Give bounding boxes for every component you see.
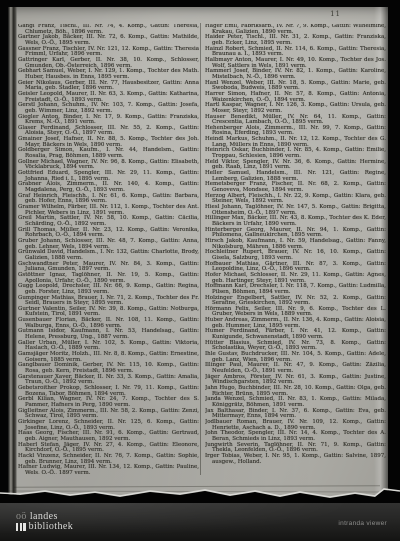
directory-entry: Hochleitner Rupert, Brauer, IV. Nr. 16, …	[205, 250, 386, 261]
directory-column-left: Gangl Franz, Tischl., III. Nr. 74, 4. Ko…	[18, 24, 199, 474]
directory-entry: Grabner Alois, Zimmerm., II. Nr. 140, 4.…	[18, 182, 199, 193]
book-gutter-shadow	[8, 7, 17, 503]
directory-entry: Hillinger Max, Bäcker, III. Nr. 43, 8. K…	[205, 216, 386, 227]
directory-entry: Irger Tobias, Weber, I. Nr. 95, 1. Komp.…	[205, 454, 386, 465]
viewer-name-label: intranda viewer	[338, 520, 387, 527]
directory-entry: Greil Martin, Sattler, IV. Nr. 58, 10. K…	[18, 216, 199, 227]
directory-entry: Gerstl Johann, Schuhm., IV. Nr. 103, 7. …	[18, 103, 199, 114]
directory-entry: Gartner Jakob, Bäcker, III. Nr. 72, 6. K…	[18, 35, 199, 46]
directory-entry: Gugg Leopold, Drechsler, III. Nr. 66, 9.…	[18, 284, 199, 295]
directory-entry: Illinger Paul, Maurer, II. Nr. 47, 9. Ko…	[205, 363, 386, 374]
directory-entry: Haas Georg, Fischer, III. Nr. 91, 6. Kom…	[18, 431, 199, 442]
library-logo[interactable]: oölandes bibliothek	[16, 512, 73, 532]
directory-entry: Grünwald David, Handelsm., I. Nr. 132, G…	[18, 250, 199, 261]
directory-entry: Hammerl Josef, Binder, IV. Nr. 82, 1. Ko…	[205, 69, 386, 80]
page-number: 11	[330, 10, 341, 18]
directory-column-right: Hager Emil, Fabriksarb., IV. Nr. 7, 9. K…	[205, 24, 386, 474]
viewer-footer-bar: oölandes bibliothek intranda viewer	[0, 503, 400, 541]
directory-entry: John Theodor, Spengler, III. Nr. 14, 4. …	[205, 431, 386, 442]
library-bars-icon	[16, 523, 26, 532]
viewer-stage: 11 Gangl Franz, Tischl., III. Nr. 74, 4.…	[0, 0, 400, 541]
logo-line2: bibliothek	[29, 522, 74, 532]
directory-entry: Hafner Ludwig, Maurer, III. Nr. 134, 12.…	[18, 465, 199, 474]
directory-entry: Gebhart Samuel, Weber, I. Nr. 129, 1. Ko…	[18, 69, 199, 80]
directory-entry: Hartl Kaspar, Wagner, I. Nr. 126, 3. Kom…	[205, 103, 386, 114]
directory-entry: Haider Peter, Tischl., III. Nr. 31, 2. K…	[205, 35, 386, 46]
directory-entry: Ganglbauer Dominik, Gerber, IV. Nr. 115,…	[18, 363, 199, 374]
logo-prefix: oö	[16, 511, 27, 522]
directory-entry: Hoffmann Karl, Drechsler, I. Nr. 118, 7.…	[205, 284, 386, 295]
column-divider	[200, 23, 201, 475]
directory-entry: Janda Wenzel, Schmied, II. Nr. 83, 1. Ko…	[205, 397, 386, 408]
scanned-page[interactable]: 11 Gangl Franz, Tischl., III. Nr. 74, 4.…	[8, 7, 388, 503]
directory-entry: Gerbl Kilian, Wagner, IV. Nr. 24, 7. Kom…	[18, 397, 199, 408]
directory-entry: Hemetsberger Franz, Fischer, II. Nr. 68,…	[205, 182, 386, 193]
